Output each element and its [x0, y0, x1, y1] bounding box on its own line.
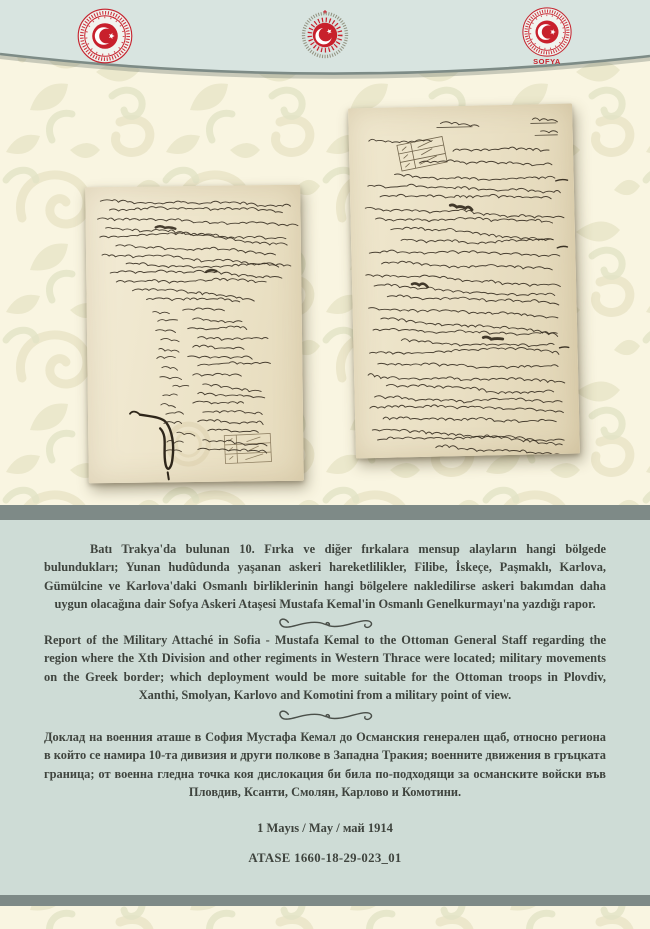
- ottoman-document-left: [85, 185, 304, 484]
- handwriting-ink: [348, 104, 580, 459]
- poster: SOFYA: [0, 0, 650, 929]
- turkish-republic-seal-icon: [520, 5, 574, 59]
- state-archives-seal-icon: [297, 7, 353, 63]
- caption-turkish: Batı Trakya'da bulunan 10. Fırka ve diğe…: [44, 540, 606, 614]
- flourish-divider-icon: [275, 706, 375, 726]
- archive-reference: ATASE 1660-18-29-023_01: [0, 851, 650, 866]
- ottoman-document-right: [348, 104, 580, 459]
- separator-bar-top: [0, 505, 650, 520]
- turkish-republic-seal-icon: [75, 6, 135, 66]
- handwriting-ink: [85, 185, 304, 484]
- caption-bulgarian: Доклад на военния аташе в София Мустафа …: [44, 728, 606, 802]
- caption-english: Report of the Military Attaché in Sofia …: [44, 631, 606, 705]
- date-line: 1 Mayıs / May / май 1914: [0, 821, 650, 836]
- separator-bar-bottom: [0, 895, 650, 906]
- sofya-label: SOFYA: [517, 57, 577, 66]
